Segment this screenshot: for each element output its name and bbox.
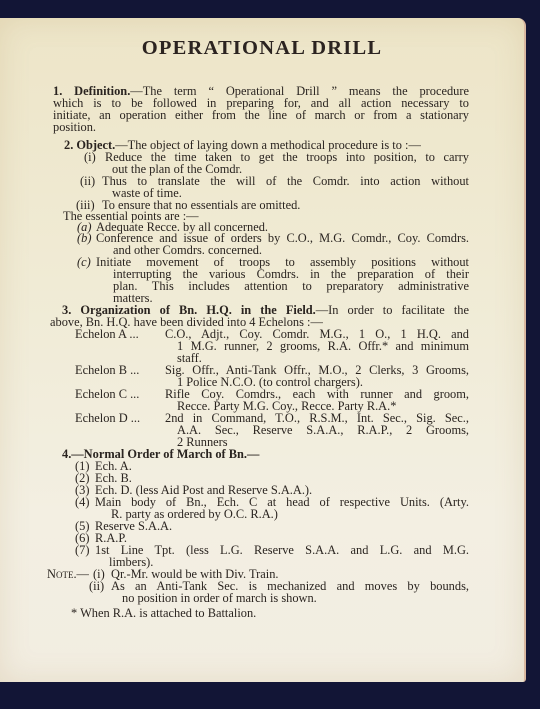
note-item-2-line-2: no position in order of march is shown. [122, 592, 317, 604]
point-label: (c) [77, 256, 91, 268]
echelon-c-name: Echelon C ... [75, 388, 139, 400]
echelon-a-name: Echelon A ... [75, 328, 139, 340]
section1-line-3: initiate, an operation either from the l… [53, 109, 469, 121]
echelon-d-name: Echelon D ... [75, 412, 140, 424]
march-item-num: (7) [75, 544, 89, 556]
footnote: * When R.A. is attached to Battalion. [71, 607, 256, 619]
point-label: (b) [77, 232, 91, 244]
object-item-num: (i) [84, 151, 96, 163]
note-item-num: (ii) [89, 580, 104, 592]
march-item-num: (4) [75, 496, 89, 508]
point-c-line-3: plan. This includes attention to prepara… [113, 280, 469, 292]
section1-line-4: position. [53, 121, 96, 133]
echelon-a-line-2: 1 M.G. runner, 2 grooms, R.A. Offr.* and… [177, 340, 469, 352]
page-title: OPERATIONAL DRILL [0, 42, 524, 54]
note-label: Note.— [47, 568, 89, 580]
echelon-b-name: Echelon B ... [75, 364, 139, 376]
section4-heading: 4.—Normal Order of March of Bn.— [62, 448, 259, 460]
object-item-num: (ii) [80, 175, 95, 187]
